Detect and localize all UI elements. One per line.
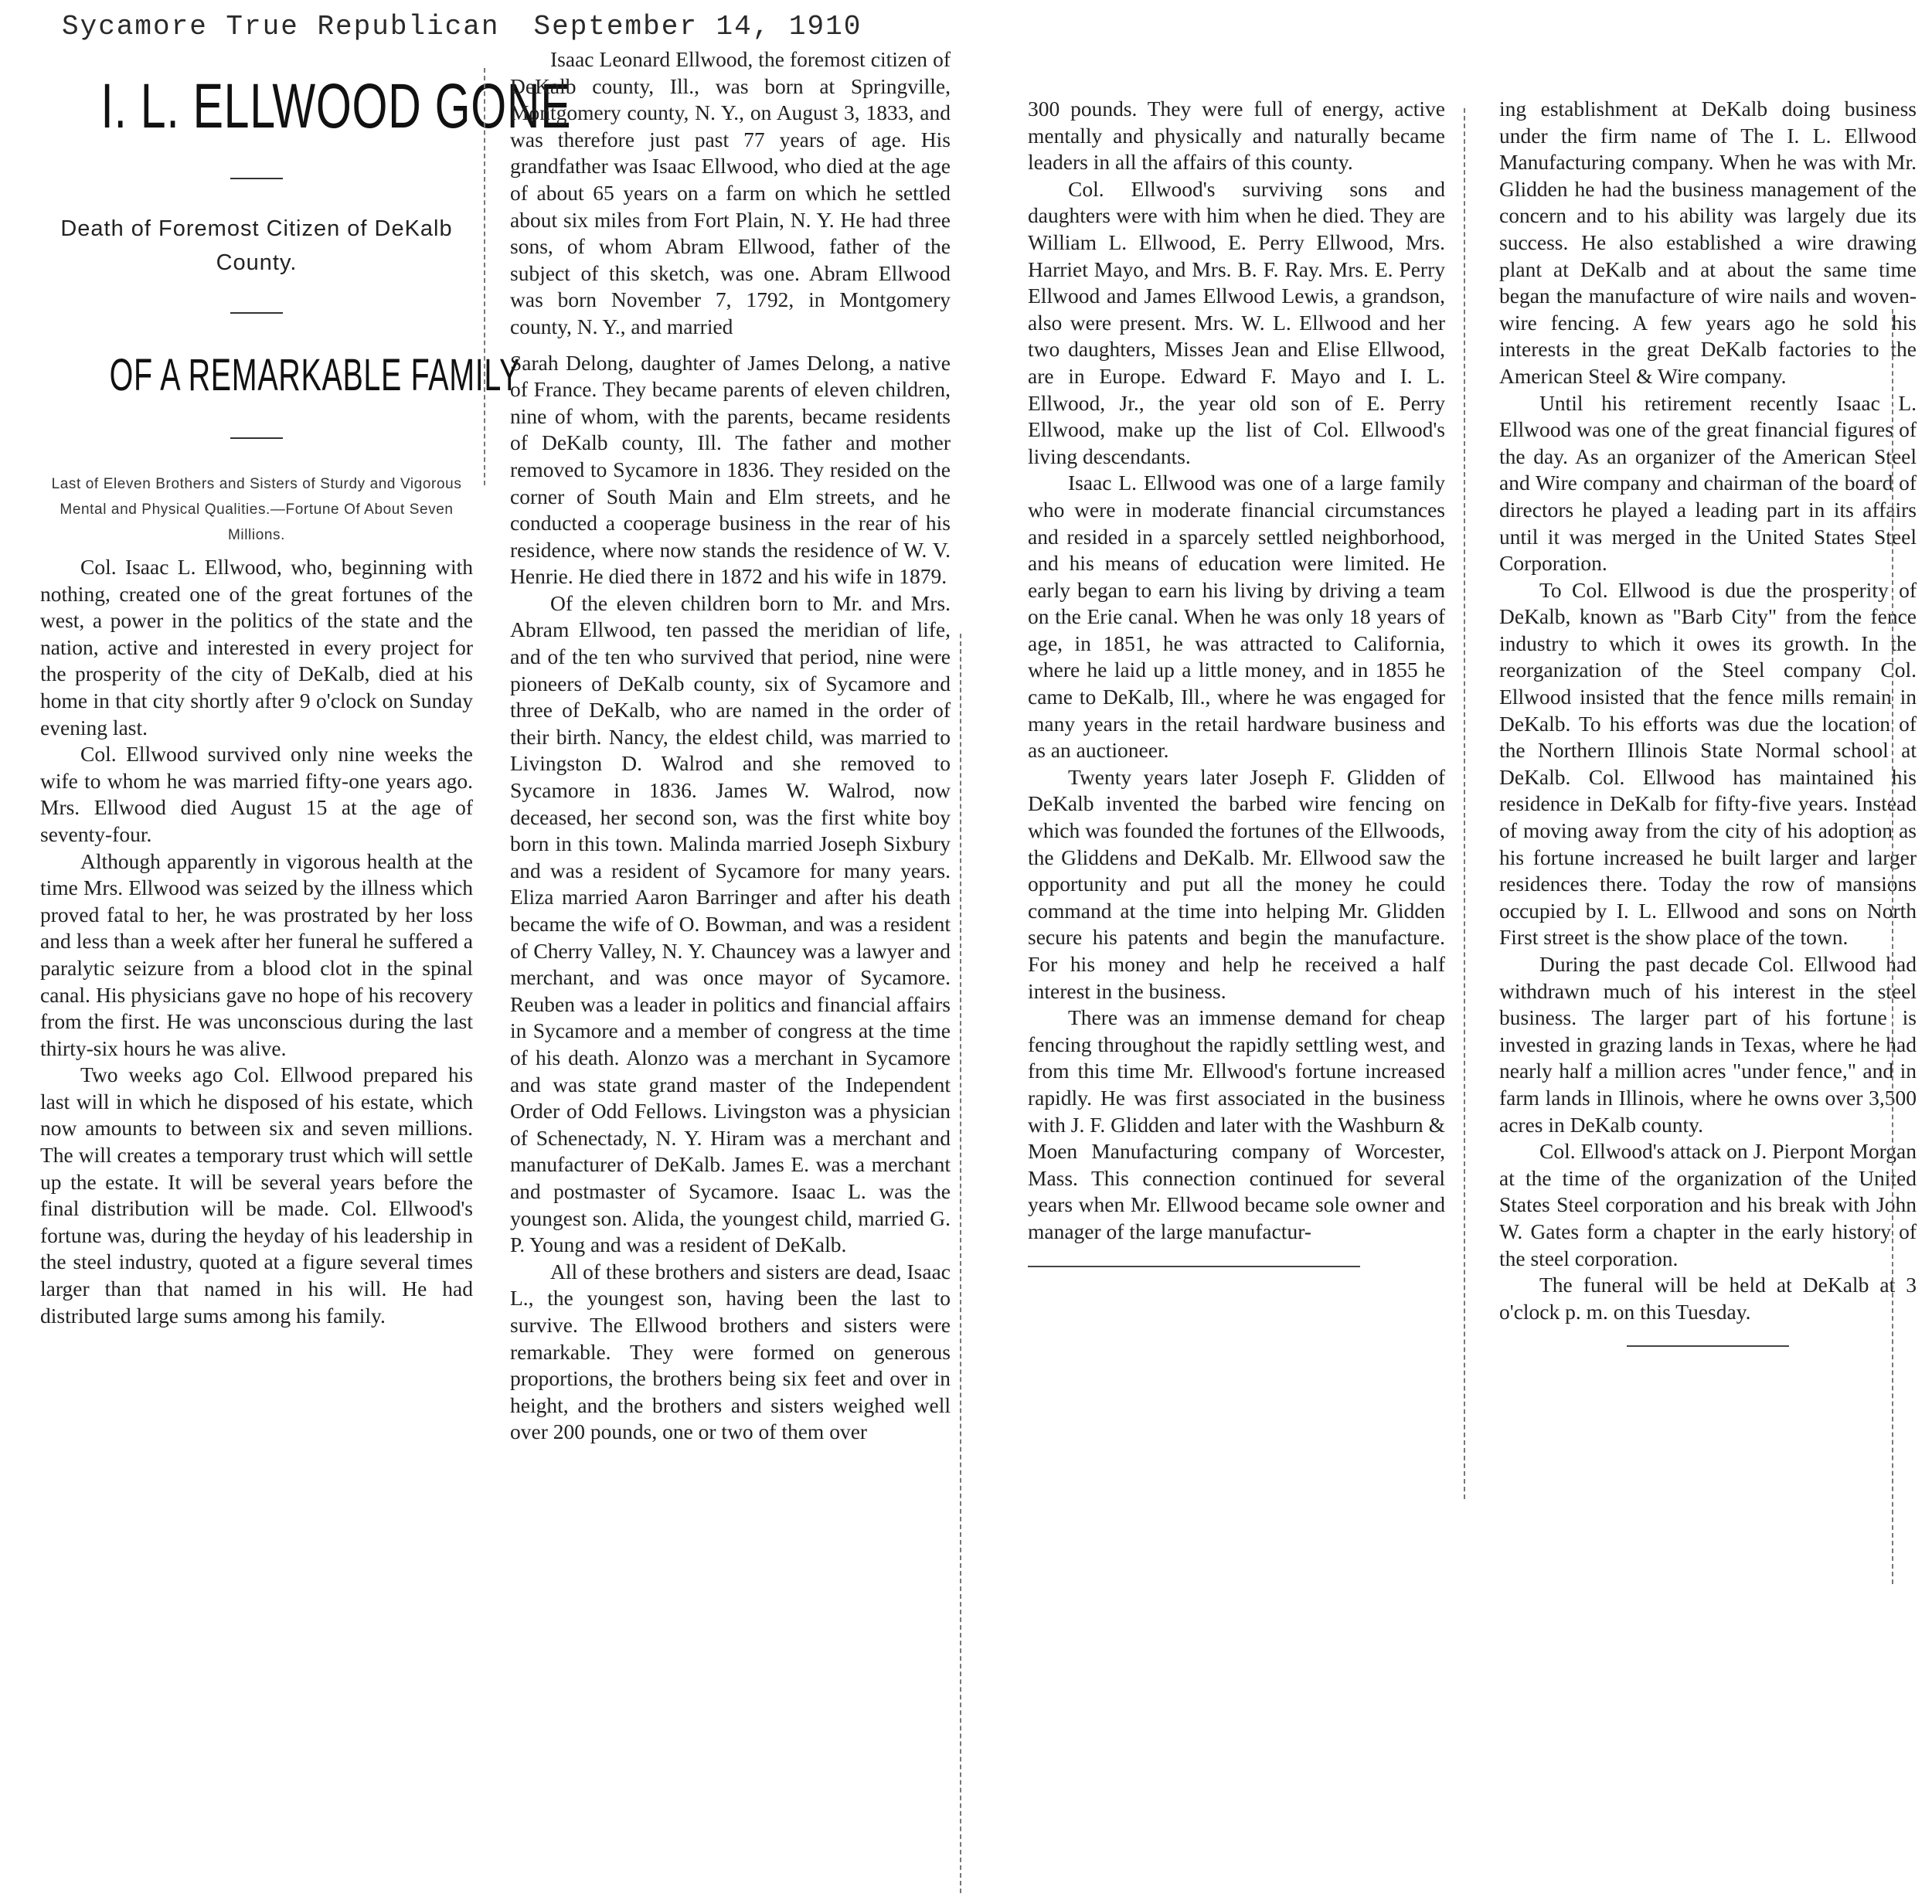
paragraph: Col. Ellwood's surviving sons and daught… <box>1028 176 1445 471</box>
paragraph: The funeral will be held at DeKalb at 3 … <box>1499 1272 1917 1325</box>
paragraph: Two weeks ago Col. Ellwood prepared his … <box>40 1062 473 1329</box>
paragraph: 300 pounds. They were full of energy, ac… <box>1028 96 1445 176</box>
column-divider <box>1892 309 1893 1584</box>
paragraph: Col. Ellwood survived only nine weeks th… <box>40 741 473 848</box>
paragraph: Sarah Delong, daughter of James Delong, … <box>510 350 951 590</box>
paragraph: Although apparently in vigorous health a… <box>40 848 473 1062</box>
article-column-3: 300 pounds. They were full of energy, ac… <box>1028 96 1445 1267</box>
article-column-2: Isaac Leonard Ellwood, the foremost citi… <box>510 46 951 1446</box>
column-divider <box>960 634 961 1893</box>
article-column-1: I. L. ELLWOOD GONE Death of Foremost Cit… <box>40 68 473 1329</box>
paragraph: Isaac L. Ellwood was one of a large fami… <box>1028 470 1445 764</box>
paragraph: Of the eleven children born to Mr. and M… <box>510 590 951 1259</box>
headline: I. L. ELLWOOD GONE <box>100 68 412 145</box>
article-column-4: ing establishment at DeKalb doing busine… <box>1499 96 1917 1347</box>
paragraph: Col. Ellwood's attack on J. Pierpont Mor… <box>1499 1138 1917 1272</box>
article-end-rule <box>1627 1345 1789 1347</box>
headline-divider <box>230 178 283 179</box>
paragraph: All of these brothers and sisters are de… <box>510 1259 951 1446</box>
paragraph: ing establishment at DeKalb doing busine… <box>1499 96 1917 390</box>
paragraph: There was an immense demand for cheap fe… <box>1028 1005 1445 1245</box>
paragraph: During the past decade Col. Ellwood had … <box>1499 951 1917 1138</box>
paragraph: To Col. Ellwood is due the prosperity of… <box>1499 577 1917 951</box>
publication-date: September 14, 1910 <box>533 11 862 42</box>
deck: Death of Foremost Citizen of DeKalb Coun… <box>40 212 473 280</box>
subheadline-divider <box>230 437 283 439</box>
subheadline: OF A REMARKABLE FAMILY <box>110 346 404 405</box>
paragraph: Col. Isaac L. Ellwood, who, beginning wi… <box>40 554 473 741</box>
column-end-rule <box>1028 1266 1360 1267</box>
column-divider <box>1464 108 1465 1499</box>
paragraph: Isaac Leonard Ellwood, the foremost citi… <box>510 46 951 341</box>
publication-name: Sycamore True Republican <box>62 11 499 42</box>
paragraph: Twenty years later Joseph F. Glidden of … <box>1028 764 1445 1005</box>
paragraph: Until his retirement recently Isaac L. E… <box>1499 390 1917 577</box>
masthead: Sycamore True RepublicanSeptember 14, 19… <box>62 11 862 42</box>
subdeck: Last of Eleven Brothers and Sisters of S… <box>40 471 473 548</box>
deck-divider <box>230 312 283 314</box>
column-divider <box>484 68 485 485</box>
